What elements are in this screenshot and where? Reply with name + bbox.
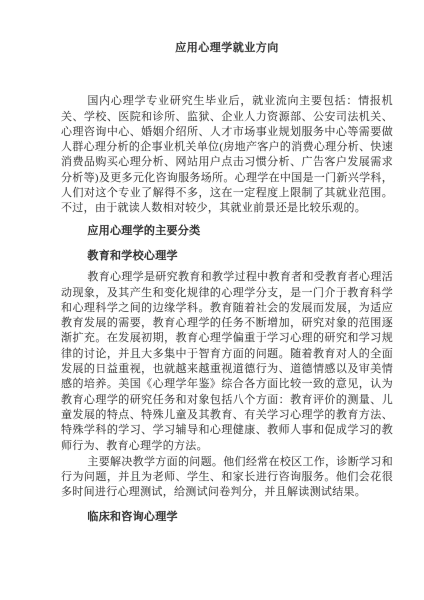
paragraph-educational-psychology: 教育心理学是研究教育和教学过程中教育者和受教育者心理活动现象，及其产生和变化规律…	[61, 270, 393, 454]
paragraph-school-psychologist-work: 主要解决教学方面的问题。他们经常在校区工作，诊断学习和行为问题，并且为老师、学生…	[61, 455, 393, 501]
section-heading-main-categories: 应用心理学的主要分类	[61, 224, 393, 239]
document-content: 应用心理学就业方向 国内心理学专业研究生毕业后，就业流向主要包括：情报机关、学校…	[0, 41, 424, 525]
paragraph-employment-overview: 国内心理学专业研究生毕业后，就业流向主要包括：情报机关、学校、医院和诊所、监狱、…	[61, 94, 393, 216]
section-heading-educational-school-psychology: 教育和学校心理学	[61, 249, 393, 264]
section-heading-clinical-counseling-psychology: 临床和咨询心理学	[61, 510, 393, 525]
document-title: 应用心理学就业方向	[61, 41, 393, 56]
document-page: 应用心理学就业方向 国内心理学专业研究生毕业后，就业流向主要包括：情报机关、学校…	[0, 0, 424, 600]
